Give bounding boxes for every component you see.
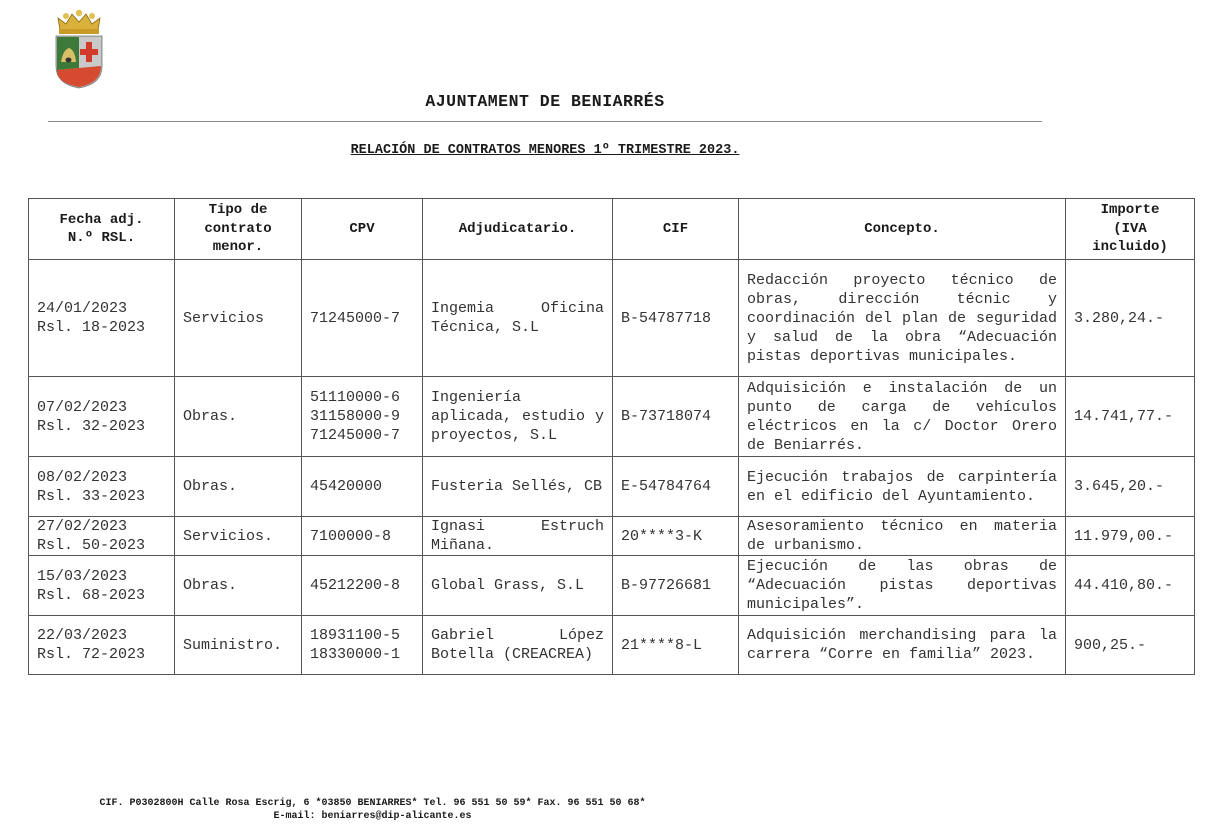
- cell-adjudicatario: Global Grass, S.L: [423, 556, 613, 616]
- cell-tipo: Suministro.: [175, 616, 302, 675]
- cpv-code: 18330000-1: [310, 645, 414, 664]
- cell-tipo: Obras.: [175, 377, 302, 457]
- column-header-line: contrato: [183, 220, 293, 239]
- cell-cpv: 51110000-631158000-971245000-7: [302, 377, 423, 457]
- column-header-tipo: Tipo decontratomenor.: [175, 199, 302, 260]
- table-body: 24/01/2023Rsl. 18-2023Servicios71245000-…: [29, 260, 1195, 675]
- cpv-code: 45420000: [310, 477, 414, 496]
- table-row: 08/02/2023Rsl. 33-2023Obras.45420000Fust…: [29, 457, 1195, 517]
- cell-cif: 20****3-K: [613, 517, 739, 556]
- cpv-code: 7100000-8: [310, 527, 414, 546]
- column-header-line: incluido): [1074, 238, 1186, 257]
- header-divider: [48, 121, 1042, 122]
- cell-concepto: Asesoramiento técnico en materia de urba…: [739, 517, 1066, 556]
- cell-tipo: Obras.: [175, 556, 302, 616]
- contracts-table: Fecha adj.N.º RSL.Tipo decontratomenor.C…: [28, 198, 1195, 675]
- cpv-code: 71245000-7: [310, 309, 414, 328]
- cell-adjudicatario: Fusteria Sellés, CB: [423, 457, 613, 517]
- cell-fecha: 07/02/2023: [37, 398, 166, 417]
- cell-tipo: Obras.: [175, 457, 302, 517]
- cell-rsl: Rsl. 72-2023: [37, 645, 166, 664]
- cell-rsl: Rsl. 50-2023: [37, 536, 166, 555]
- cell-importe: 11.979,00.-: [1066, 517, 1195, 556]
- column-header-line: Adjudicatario.: [431, 220, 604, 239]
- cell-fecha-rsl: 08/02/2023Rsl. 33-2023: [29, 457, 175, 517]
- cell-adjudicatario: Gabriel López Botella (CREACREA): [423, 616, 613, 675]
- cell-importe: 3.280,24.-: [1066, 260, 1195, 377]
- cell-cif: B-73718074: [613, 377, 739, 457]
- table-row: 24/01/2023Rsl. 18-2023Servicios71245000-…: [29, 260, 1195, 377]
- cell-cif: 21****8-L: [613, 616, 739, 675]
- cell-concepto: Adquisición e instalación de un punto de…: [739, 377, 1066, 457]
- coat-of-arms-icon: [50, 6, 108, 90]
- table-row: 15/03/2023Rsl. 68-2023Obras.45212200-8Gl…: [29, 556, 1195, 616]
- cell-rsl: Rsl. 18-2023: [37, 318, 166, 337]
- cell-fecha-rsl: 24/01/2023Rsl. 18-2023: [29, 260, 175, 377]
- cell-cpv: 7100000-8: [302, 517, 423, 556]
- column-header-adjudicatario: Adjudicatario.: [423, 199, 613, 260]
- column-header-line: CIF: [621, 220, 730, 239]
- cell-fecha: 08/02/2023: [37, 468, 166, 487]
- table-row: 27/02/2023Rsl. 50-2023Servicios.7100000-…: [29, 517, 1195, 556]
- cell-fecha: 24/01/2023: [37, 299, 166, 318]
- cell-importe: 44.410,80.-: [1066, 556, 1195, 616]
- column-header-line: Tipo de: [183, 201, 293, 220]
- column-header-line: Concepto.: [747, 220, 1057, 239]
- cpv-code: 45212200-8: [310, 576, 414, 595]
- column-header-line: (IVA: [1074, 220, 1186, 239]
- organization-title: AJUNTAMENT DE BENIARRÉS: [0, 92, 1090, 111]
- document-title: RELACIÓN DE CONTRATOS MENORES 1º TRIMEST…: [0, 143, 1090, 158]
- cell-fecha-rsl: 22/03/2023Rsl. 72-2023: [29, 616, 175, 675]
- cell-tipo: Servicios: [175, 260, 302, 377]
- cell-rsl: Rsl. 33-2023: [37, 487, 166, 506]
- column-header-concepto: Concepto.: [739, 199, 1066, 260]
- column-header-cif: CIF: [613, 199, 739, 260]
- column-header-line: Importe: [1074, 201, 1186, 220]
- cell-tipo: Servicios.: [175, 517, 302, 556]
- column-header-cpv: CPV: [302, 199, 423, 260]
- cell-cpv: 45420000: [302, 457, 423, 517]
- cell-fecha: 22/03/2023: [37, 626, 166, 645]
- cell-adjudicatario: Ignasi Estruch Miñana.: [423, 517, 613, 556]
- cell-fecha: 15/03/2023: [37, 567, 166, 586]
- cell-cif: B-54787718: [613, 260, 739, 377]
- cell-fecha: 27/02/2023: [37, 517, 166, 536]
- column-header-line: CPV: [310, 220, 414, 239]
- cell-cpv: 71245000-7: [302, 260, 423, 377]
- cell-cif: E-54784764: [613, 457, 739, 517]
- cell-concepto: Ejecución de las obras de “Adecuación pi…: [739, 556, 1066, 616]
- cell-concepto: Ejecución trabajos de carpintería en el …: [739, 457, 1066, 517]
- cpv-code: 31158000-9: [310, 407, 414, 426]
- cell-fecha-rsl: 27/02/2023Rsl. 50-2023: [29, 517, 175, 556]
- column-header-fecha: Fecha adj.N.º RSL.: [29, 199, 175, 260]
- cell-concepto: Redacción proyecto técnico de obras, dir…: [739, 260, 1066, 377]
- column-header-line: Fecha adj.: [37, 211, 166, 230]
- cpv-code: 71245000-7: [310, 426, 414, 445]
- column-header-line: N.º RSL.: [37, 229, 166, 248]
- cell-importe: 900,25.-: [1066, 616, 1195, 675]
- cpv-code: 18931100-5: [310, 626, 414, 645]
- cell-concepto: Adquisición merchandising para la carrer…: [739, 616, 1066, 675]
- cell-fecha-rsl: 07/02/2023Rsl. 32-2023: [29, 377, 175, 457]
- footer-email: E-mail: beniarres@dip-alicante.es: [0, 810, 745, 823]
- cell-adjudicatario: Ingemia Oficina Técnica, S.L: [423, 260, 613, 377]
- footer: CIF. P0302800H Calle Rosa Escrig, 6 *038…: [0, 797, 745, 823]
- column-header-importe: Importe(IVAincluido): [1066, 199, 1195, 260]
- cell-importe: 3.645,20.-: [1066, 457, 1195, 517]
- column-header-line: menor.: [183, 238, 293, 257]
- cell-adjudicatario: Ingeniería aplicada, estudio y proyectos…: [423, 377, 613, 457]
- cpv-code: 51110000-6: [310, 388, 414, 407]
- cell-cif: B-97726681: [613, 556, 739, 616]
- table-row: 07/02/2023Rsl. 32-2023Obras.51110000-631…: [29, 377, 1195, 457]
- cell-cpv: 45212200-8: [302, 556, 423, 616]
- footer-address: CIF. P0302800H Calle Rosa Escrig, 6 *038…: [0, 797, 745, 810]
- cell-rsl: Rsl. 68-2023: [37, 586, 166, 605]
- cell-cpv: 18931100-518330000-1: [302, 616, 423, 675]
- cell-fecha-rsl: 15/03/2023Rsl. 68-2023: [29, 556, 175, 616]
- cell-rsl: Rsl. 32-2023: [37, 417, 166, 436]
- table-header-row: Fecha adj.N.º RSL.Tipo decontratomenor.C…: [29, 199, 1195, 260]
- cell-importe: 14.741,77.-: [1066, 377, 1195, 457]
- table-row: 22/03/2023Rsl. 72-2023Suministro.1893110…: [29, 616, 1195, 675]
